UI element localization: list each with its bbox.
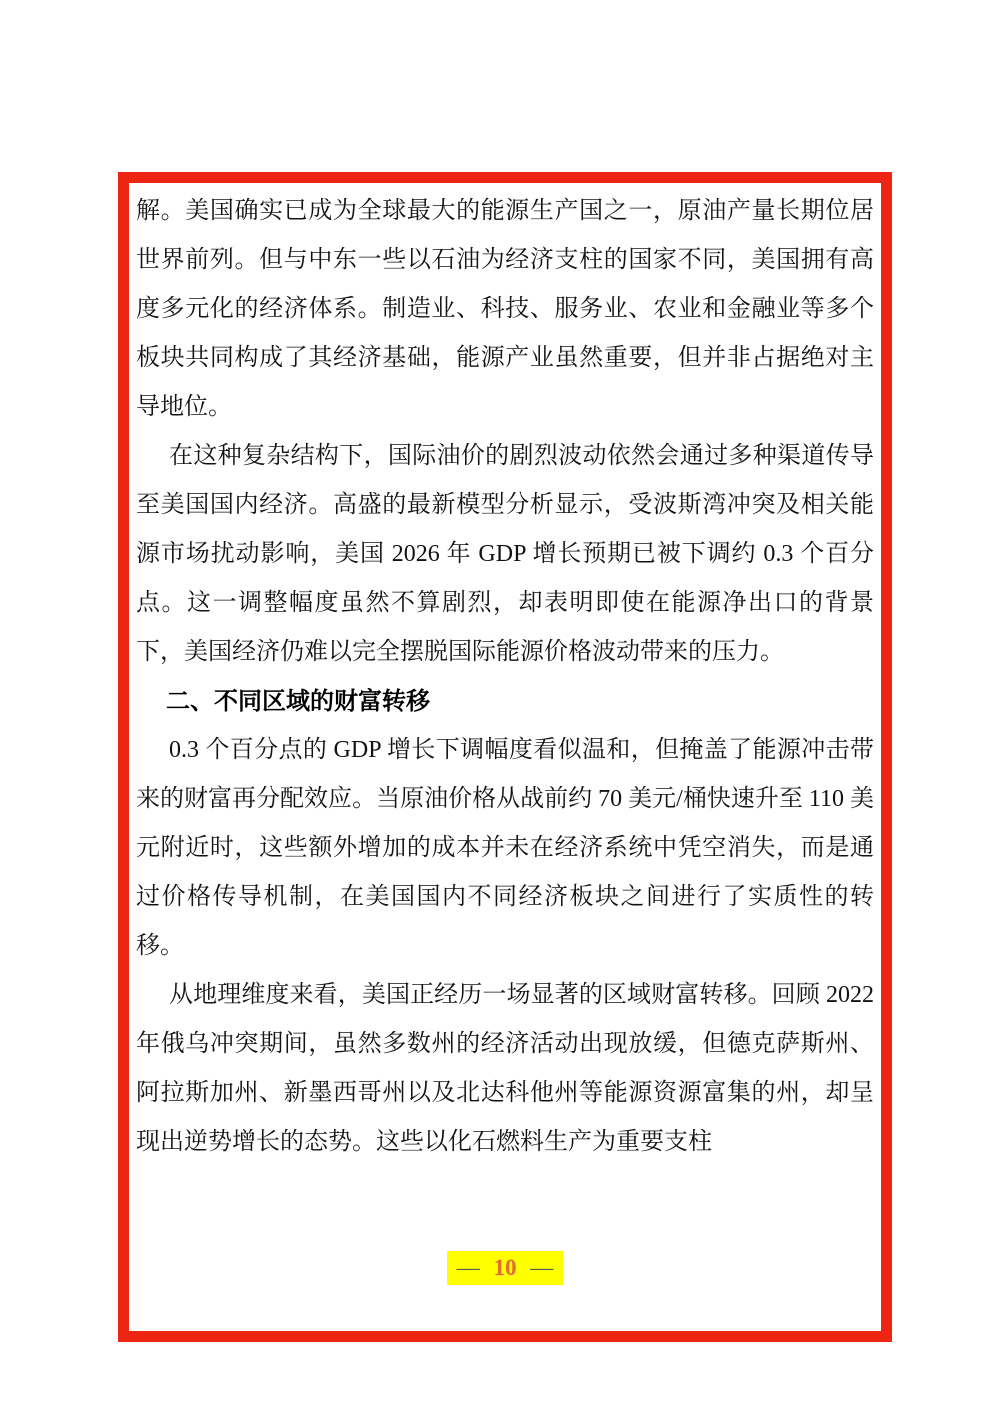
document-body: 解。美国确实已成为全球最大的能源生产国之一，原油产量长期位居世界前列。但与中东一… bbox=[129, 183, 881, 1167]
page-footer: — 10 — bbox=[129, 1251, 881, 1285]
footer-dash-right: — bbox=[530, 1255, 553, 1280]
page-number-badge: — 10 — bbox=[447, 1251, 564, 1285]
paragraph-oil-price-transmission: 在这种复杂结构下，国际油价的剧烈波动依然会通过多种渠道传导至美国国内经济。高盛的… bbox=[136, 432, 874, 677]
section-heading-regional-wealth-transfer: 二、不同区域的财富转移 bbox=[136, 677, 874, 726]
footer-dash-left: — bbox=[457, 1255, 480, 1280]
paragraph-wealth-redistribution: 0.3 个百分点的 GDP 增长下调幅度看似温和，但掩盖了能源冲击带来的财富再分… bbox=[136, 726, 874, 971]
paragraph-geographic-dimension: 从地理维度来看，美国正经历一场显著的区域财富转移。回顾 2022 年俄乌冲突期间… bbox=[136, 971, 874, 1167]
page-number: 10 bbox=[494, 1255, 517, 1280]
page-border-frame: 解。美国确实已成为全球最大的能源生产国之一，原油产量长期位居世界前列。但与中东一… bbox=[118, 172, 892, 1342]
paragraph-continuation: 解。美国确实已成为全球最大的能源生产国之一，原油产量长期位居世界前列。但与中东一… bbox=[136, 187, 874, 432]
